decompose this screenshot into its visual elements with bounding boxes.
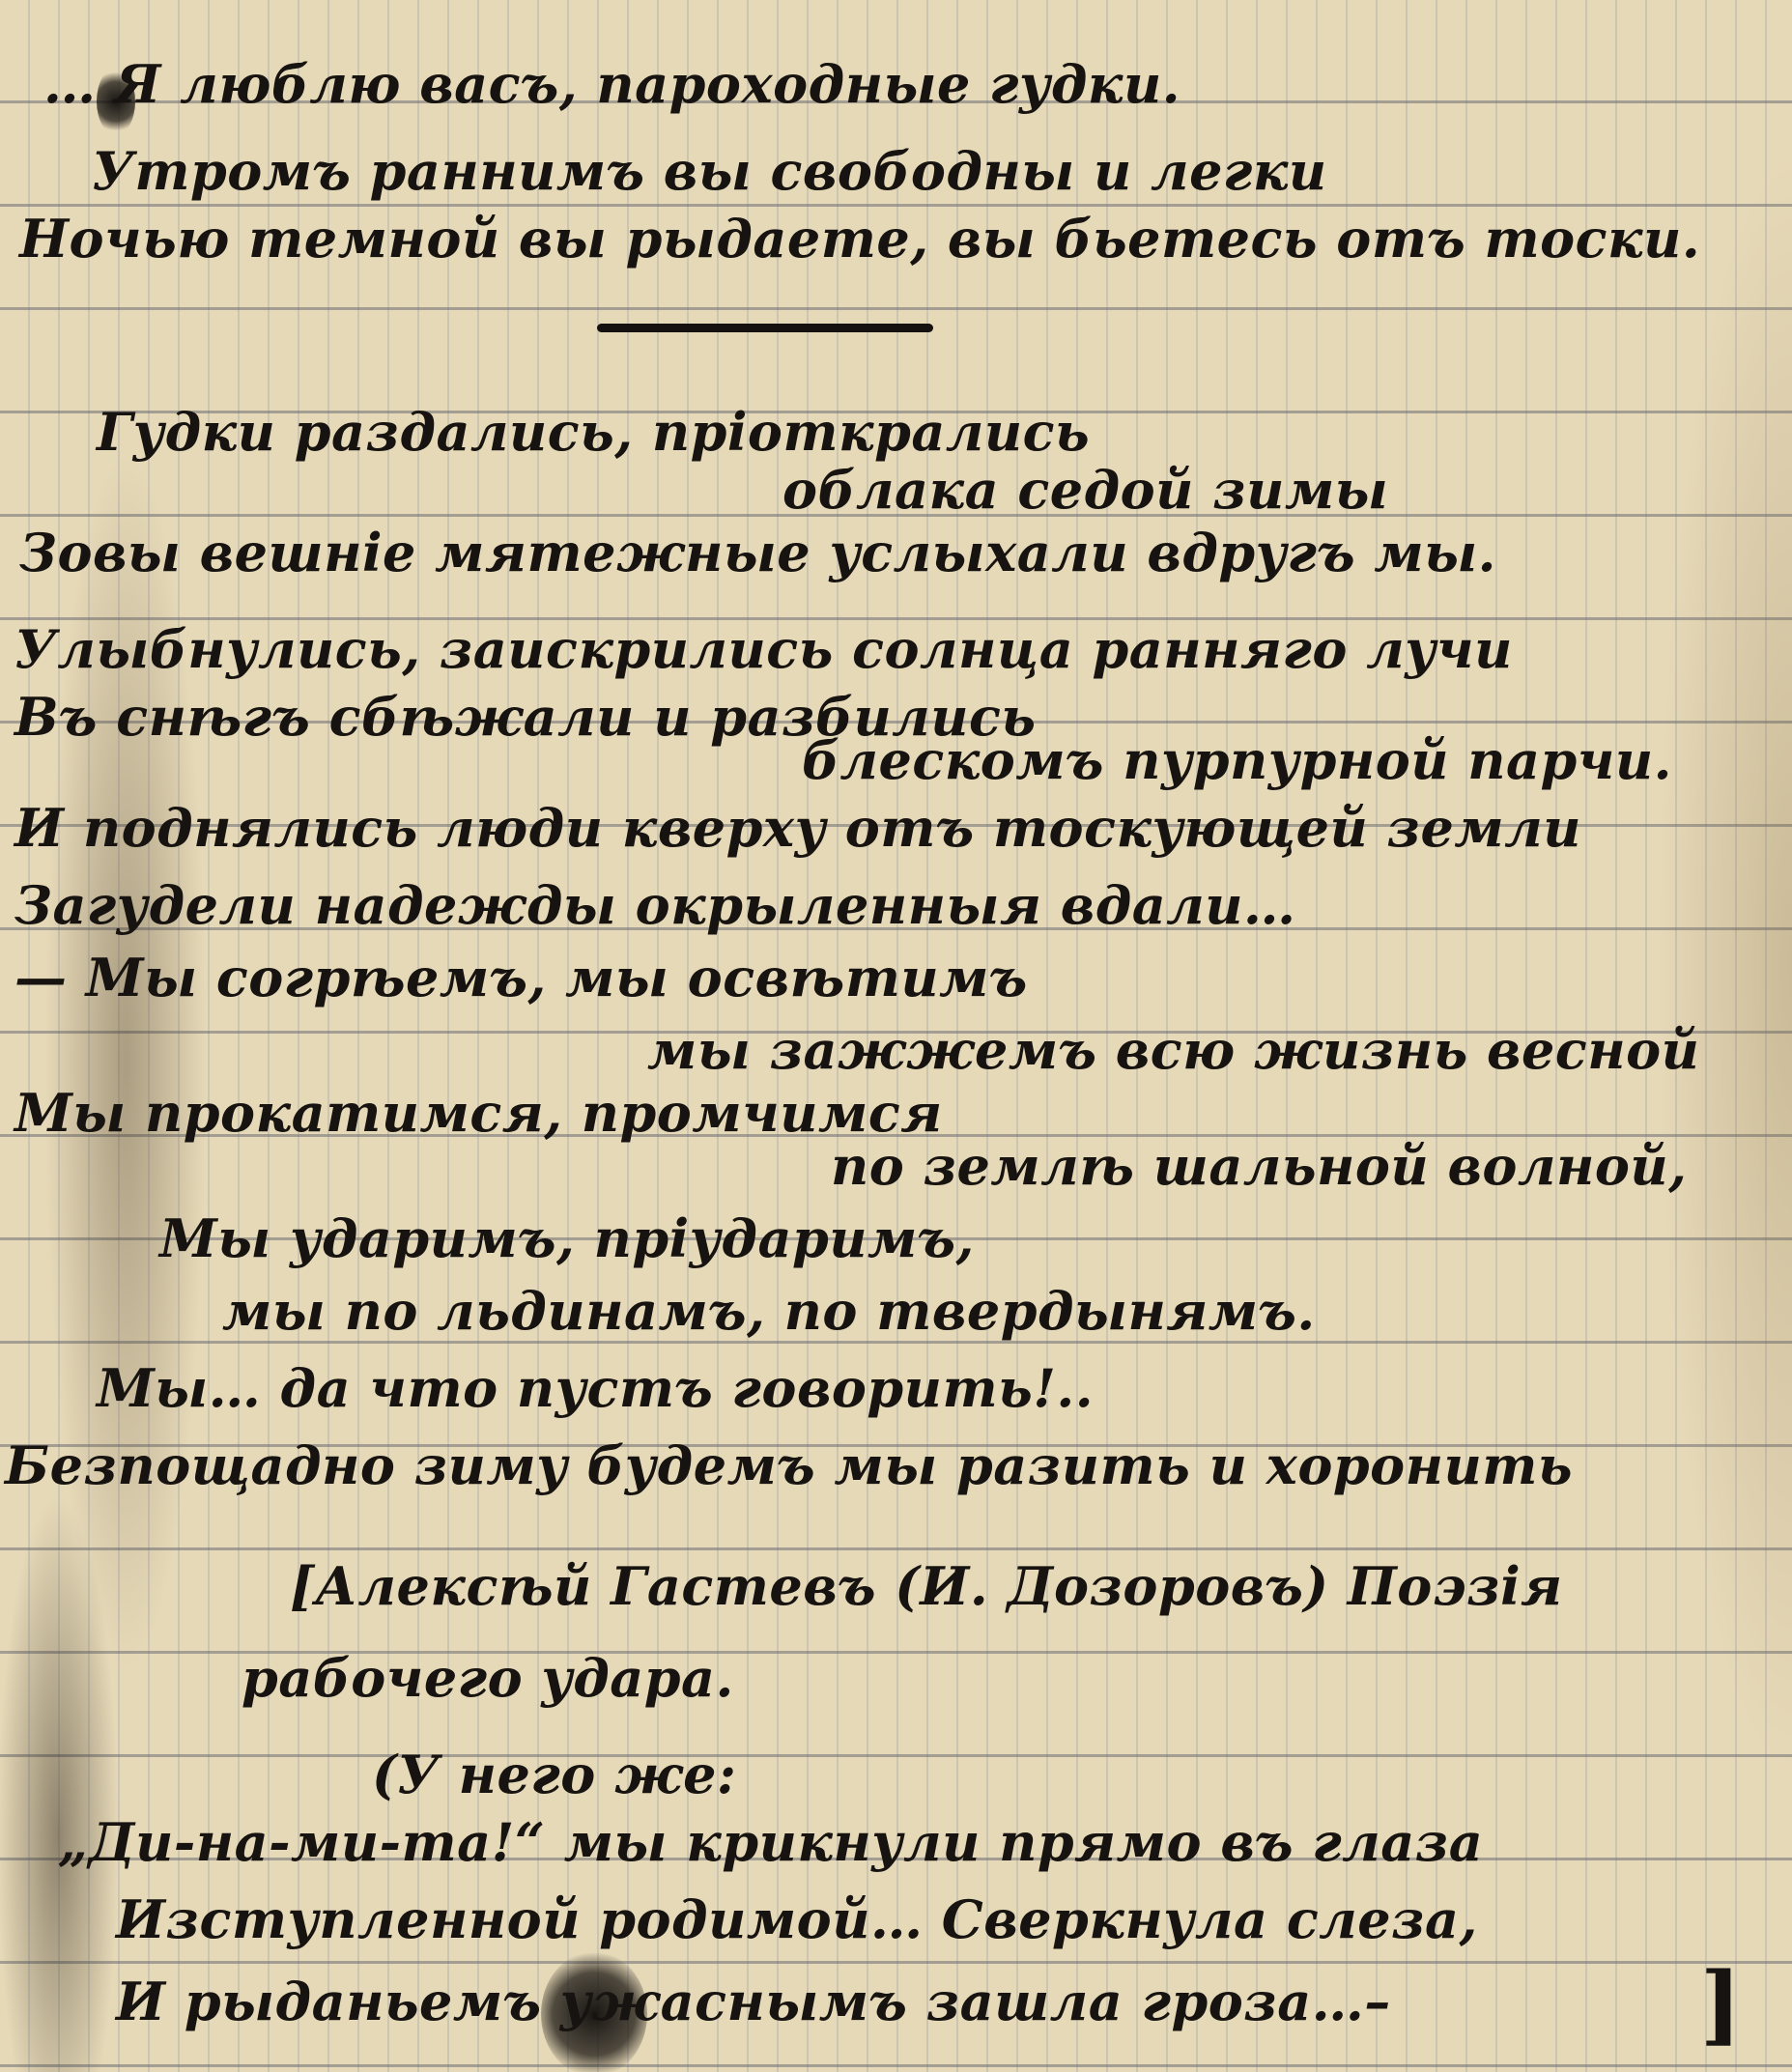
poem-line: „Ди-на-ми-та!“ мы крикнули прямо въ глаз…: [58, 1816, 1483, 1868]
poem-line: облака седой зимы: [782, 464, 1388, 516]
poem-line: Мы… да что пустъ говорить!..: [97, 1362, 1094, 1414]
poem-line: … Я люблю васъ, пароходные гудки.: [43, 58, 1180, 110]
poem-line: Загудели надежды окрыленныя вдали…: [14, 879, 1296, 931]
poem-line: Мы прокатимся, промчимся: [14, 1087, 943, 1139]
poem-line: Зовы вешнiе мятежные услыхали вдругъ мы.: [19, 526, 1496, 579]
poem-line: Мы ударимъ, прiударимъ,: [159, 1212, 975, 1264]
closing-bracket: ]: [1700, 1961, 1742, 2048]
attribution-line: рабочего удара.: [242, 1652, 734, 1704]
poem-line: Изступленной родимой… Сверкнула слеза,: [116, 1893, 1478, 1945]
poem-line: Ночью темной вы рыдаете, вы бьетесь отъ …: [19, 213, 1700, 265]
poem-line: Гудки раздались, прiоткрались: [97, 406, 1090, 458]
poem-line: И рыданьемъ ужаснымъ зашла гроза…–: [116, 1975, 1391, 2028]
section-divider: [597, 324, 933, 332]
notebook-page: … Я люблю васъ, пароходные гудки. Утромъ…: [0, 0, 1792, 2072]
poem-line: мы по льдинамъ, по твердынямъ.: [222, 1285, 1316, 1337]
poem-line: мы зажжемъ всю жизнь весной: [647, 1024, 1699, 1076]
poem-line: — Мы согрѣемъ, мы освѣтимъ: [14, 951, 1028, 1004]
poem-line: Улыбнулись, заискрились солнца ранняго л…: [14, 623, 1513, 675]
poem-line: по землѣ шальной волной,: [831, 1140, 1687, 1192]
attribution-line: (У него же:: [372, 1748, 736, 1801]
poem-line: И поднялись люди кверху отъ тоскующей зе…: [14, 802, 1581, 854]
poem-line: Безпощадно зиму будемъ мы разить и хорон…: [5, 1439, 1573, 1491]
poem-line: блескомъ пурпурной парчи.: [802, 734, 1672, 786]
poem-line: Утромъ раннимъ вы свободны и легки: [92, 145, 1327, 197]
attribution-line: [Алексѣй Гастевъ (И. Дозоровъ) Поэзiя: [290, 1560, 1563, 1612]
